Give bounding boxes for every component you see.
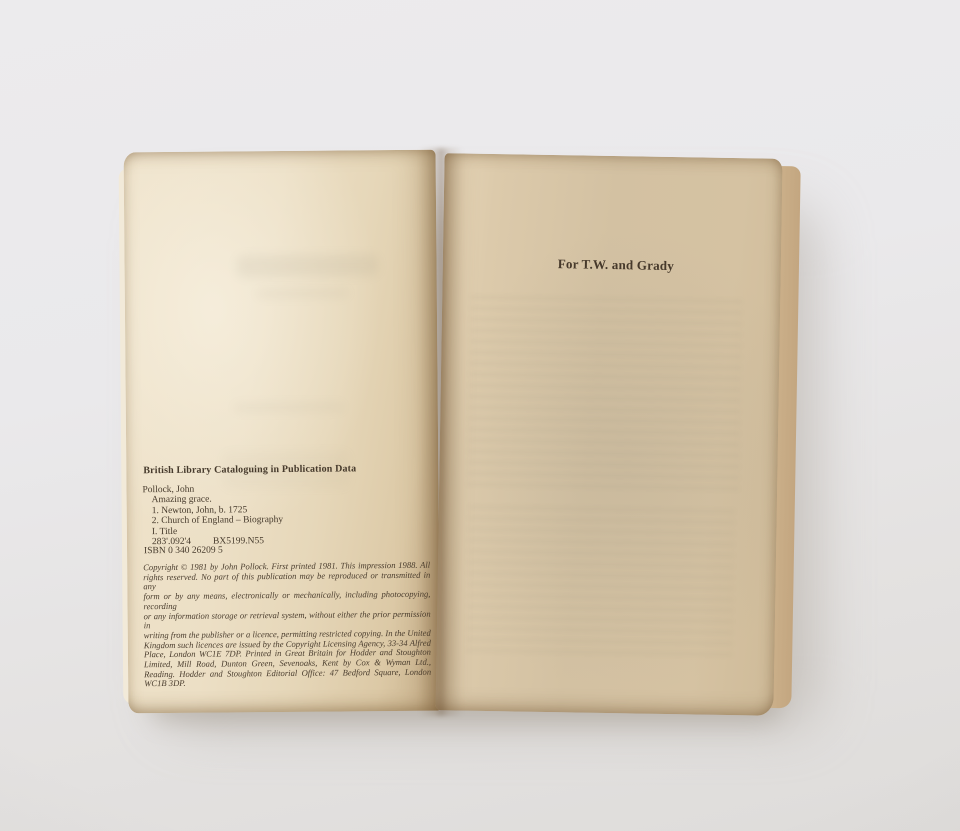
left-page: British Library Cataloguing in Publicati… — [124, 150, 441, 714]
book-photo: British Library Cataloguing in Publicati… — [0, 0, 960, 831]
showthrough-text-lines — [466, 506, 734, 660]
showthrough-text-lines — [467, 296, 742, 490]
showthrough-ghost — [236, 254, 378, 277]
isbn-line: ISBN 0 340 26209 5 — [144, 546, 223, 557]
copyright-notice: Copyright © 1981 by John Pollock. First … — [143, 561, 431, 690]
showthrough-ghost — [234, 402, 344, 412]
dedication-text: For T.W. and Grady — [558, 256, 674, 274]
copyright-line: WC1B 3DP. — [144, 677, 431, 689]
cataloguing-heading: British Library Cataloguing in Publicati… — [143, 463, 356, 476]
catalog-entry: 2. Church of England – Biography — [152, 515, 283, 527]
catalog-block: Pollock, John Amazing grace. 1. Newton, … — [142, 484, 283, 548]
showthrough-ghost — [257, 288, 349, 298]
right-page: For T.W. and Grady — [435, 153, 782, 716]
